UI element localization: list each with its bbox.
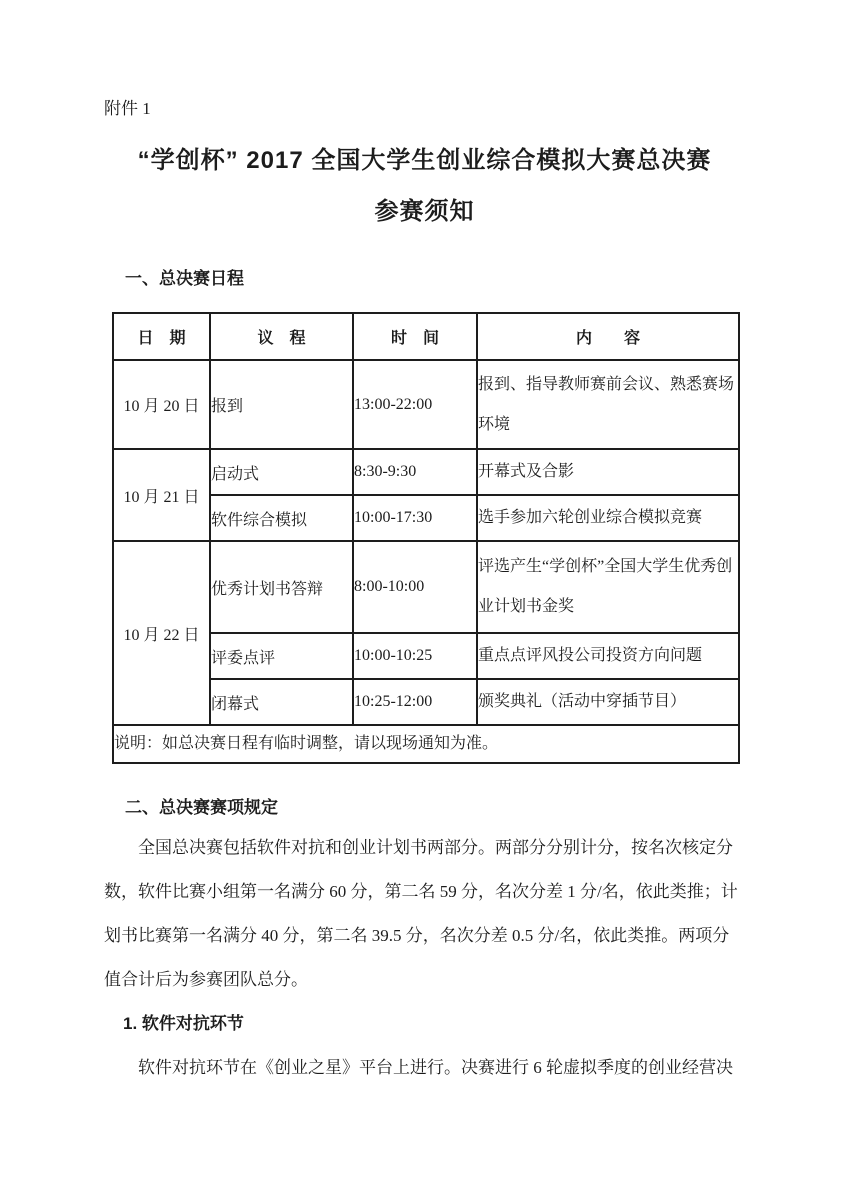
section1-heading: 一、总决赛日程 bbox=[104, 267, 745, 291]
section2-paragraph: 全国总决赛包括软件对抗和创业计划书两部分。两部分分别计分，按名次核定分 数，软件… bbox=[104, 826, 745, 1002]
header-content: 内 容 bbox=[477, 313, 739, 360]
cell-content: 开幕式及合影 bbox=[477, 449, 739, 495]
cell-content: 重点点评风投公司投资方向问题 bbox=[477, 633, 739, 679]
cell-time: 13:00-22:00 bbox=[353, 360, 477, 449]
attachment-label: 附件 1 bbox=[104, 97, 745, 121]
cell-time: 10:25-12:00 bbox=[353, 679, 477, 725]
table-row: 10 月 22 日 优秀计划书答辩 8:00-10:00 评选产生“学创杯”全国… bbox=[113, 541, 739, 633]
table-row: 10 月 20 日 报到 13:00-22:00 报到、指导教师赛前会议、熟悉赛… bbox=[113, 360, 739, 449]
cell-date: 10 月 20 日 bbox=[113, 360, 210, 449]
cell-time: 10:00-10:25 bbox=[353, 633, 477, 679]
cell-agenda: 优秀计划书答辩 bbox=[210, 541, 353, 633]
document-title-line2: 参赛须知 bbox=[104, 186, 745, 237]
cell-content: 评选产生“学创杯”全国大学生优秀创业计划书金奖 bbox=[477, 541, 739, 633]
document-title: “学创杯” 2017 全国大学生创业综合模拟大赛总决赛 参赛须知 bbox=[104, 135, 745, 237]
paragraph-line: 全国总决赛包括软件对抗和创业计划书两部分。两部分分别计分，按名次核定分 bbox=[104, 826, 745, 870]
cell-content: 选手参加六轮创业综合模拟竞赛 bbox=[477, 495, 739, 541]
cell-time: 8:00-10:00 bbox=[353, 541, 477, 633]
paragraph-line: 数，软件比赛小组第一名满分 60 分，第二名 59 分，名次分差 1 分/名，依… bbox=[104, 870, 745, 914]
cell-agenda: 软件综合模拟 bbox=[210, 495, 353, 541]
schedule-header-row: 日 期 议 程 时 间 内 容 bbox=[113, 313, 739, 360]
header-agenda: 议 程 bbox=[210, 313, 353, 360]
cell-time: 8:30-9:30 bbox=[353, 449, 477, 495]
paragraph-line: 软件对抗环节在《创业之星》平台上进行。决赛进行 6 轮虚拟季度的创业经营决 bbox=[104, 1046, 745, 1090]
header-date: 日 期 bbox=[113, 313, 210, 360]
schedule-table: 日 期 议 程 时 间 内 容 10 月 20 日 报到 13:00-22:00… bbox=[112, 312, 740, 764]
subsection1-paragraph: 软件对抗环节在《创业之星》平台上进行。决赛进行 6 轮虚拟季度的创业经营决 bbox=[104, 1046, 745, 1090]
header-time: 时 间 bbox=[353, 313, 477, 360]
table-note-row: 说明：如总决赛日程有临时调整，请以现场通知为准。 bbox=[113, 725, 739, 763]
document-page: 附件 1 “学创杯” 2017 全国大学生创业综合模拟大赛总决赛 参赛须知 一、… bbox=[0, 0, 849, 1200]
cell-date: 10 月 21 日 bbox=[113, 449, 210, 541]
paragraph-line: 划书比赛第一名满分 40 分，第二名 39.5 分，名次分差 0.5 分/名，依… bbox=[104, 914, 745, 958]
cell-date: 10 月 22 日 bbox=[113, 541, 210, 725]
document-title-line1: “学创杯” 2017 全国大学生创业综合模拟大赛总决赛 bbox=[104, 135, 745, 186]
cell-agenda: 启动式 bbox=[210, 449, 353, 495]
subsection1-heading: 1. 软件对抗环节 bbox=[104, 1002, 745, 1046]
cell-agenda: 评委点评 bbox=[210, 633, 353, 679]
cell-time: 10:00-17:30 bbox=[353, 495, 477, 541]
schedule-note: 说明：如总决赛日程有临时调整，请以现场通知为准。 bbox=[113, 725, 739, 763]
section2-heading: 二、总决赛赛项规定 bbox=[104, 796, 745, 820]
cell-content: 报到、指导教师赛前会议、熟悉赛场环境 bbox=[477, 360, 739, 449]
cell-agenda: 报到 bbox=[210, 360, 353, 449]
cell-agenda: 闭幕式 bbox=[210, 679, 353, 725]
cell-content: 颁奖典礼（活动中穿插节目） bbox=[477, 679, 739, 725]
table-row: 10 月 21 日 启动式 8:30-9:30 开幕式及合影 bbox=[113, 449, 739, 495]
page-content: 附件 1 “学创杯” 2017 全国大学生创业综合模拟大赛总决赛 参赛须知 一、… bbox=[0, 0, 849, 1090]
paragraph-line: 值合计后为参赛团队总分。 bbox=[104, 958, 745, 1002]
